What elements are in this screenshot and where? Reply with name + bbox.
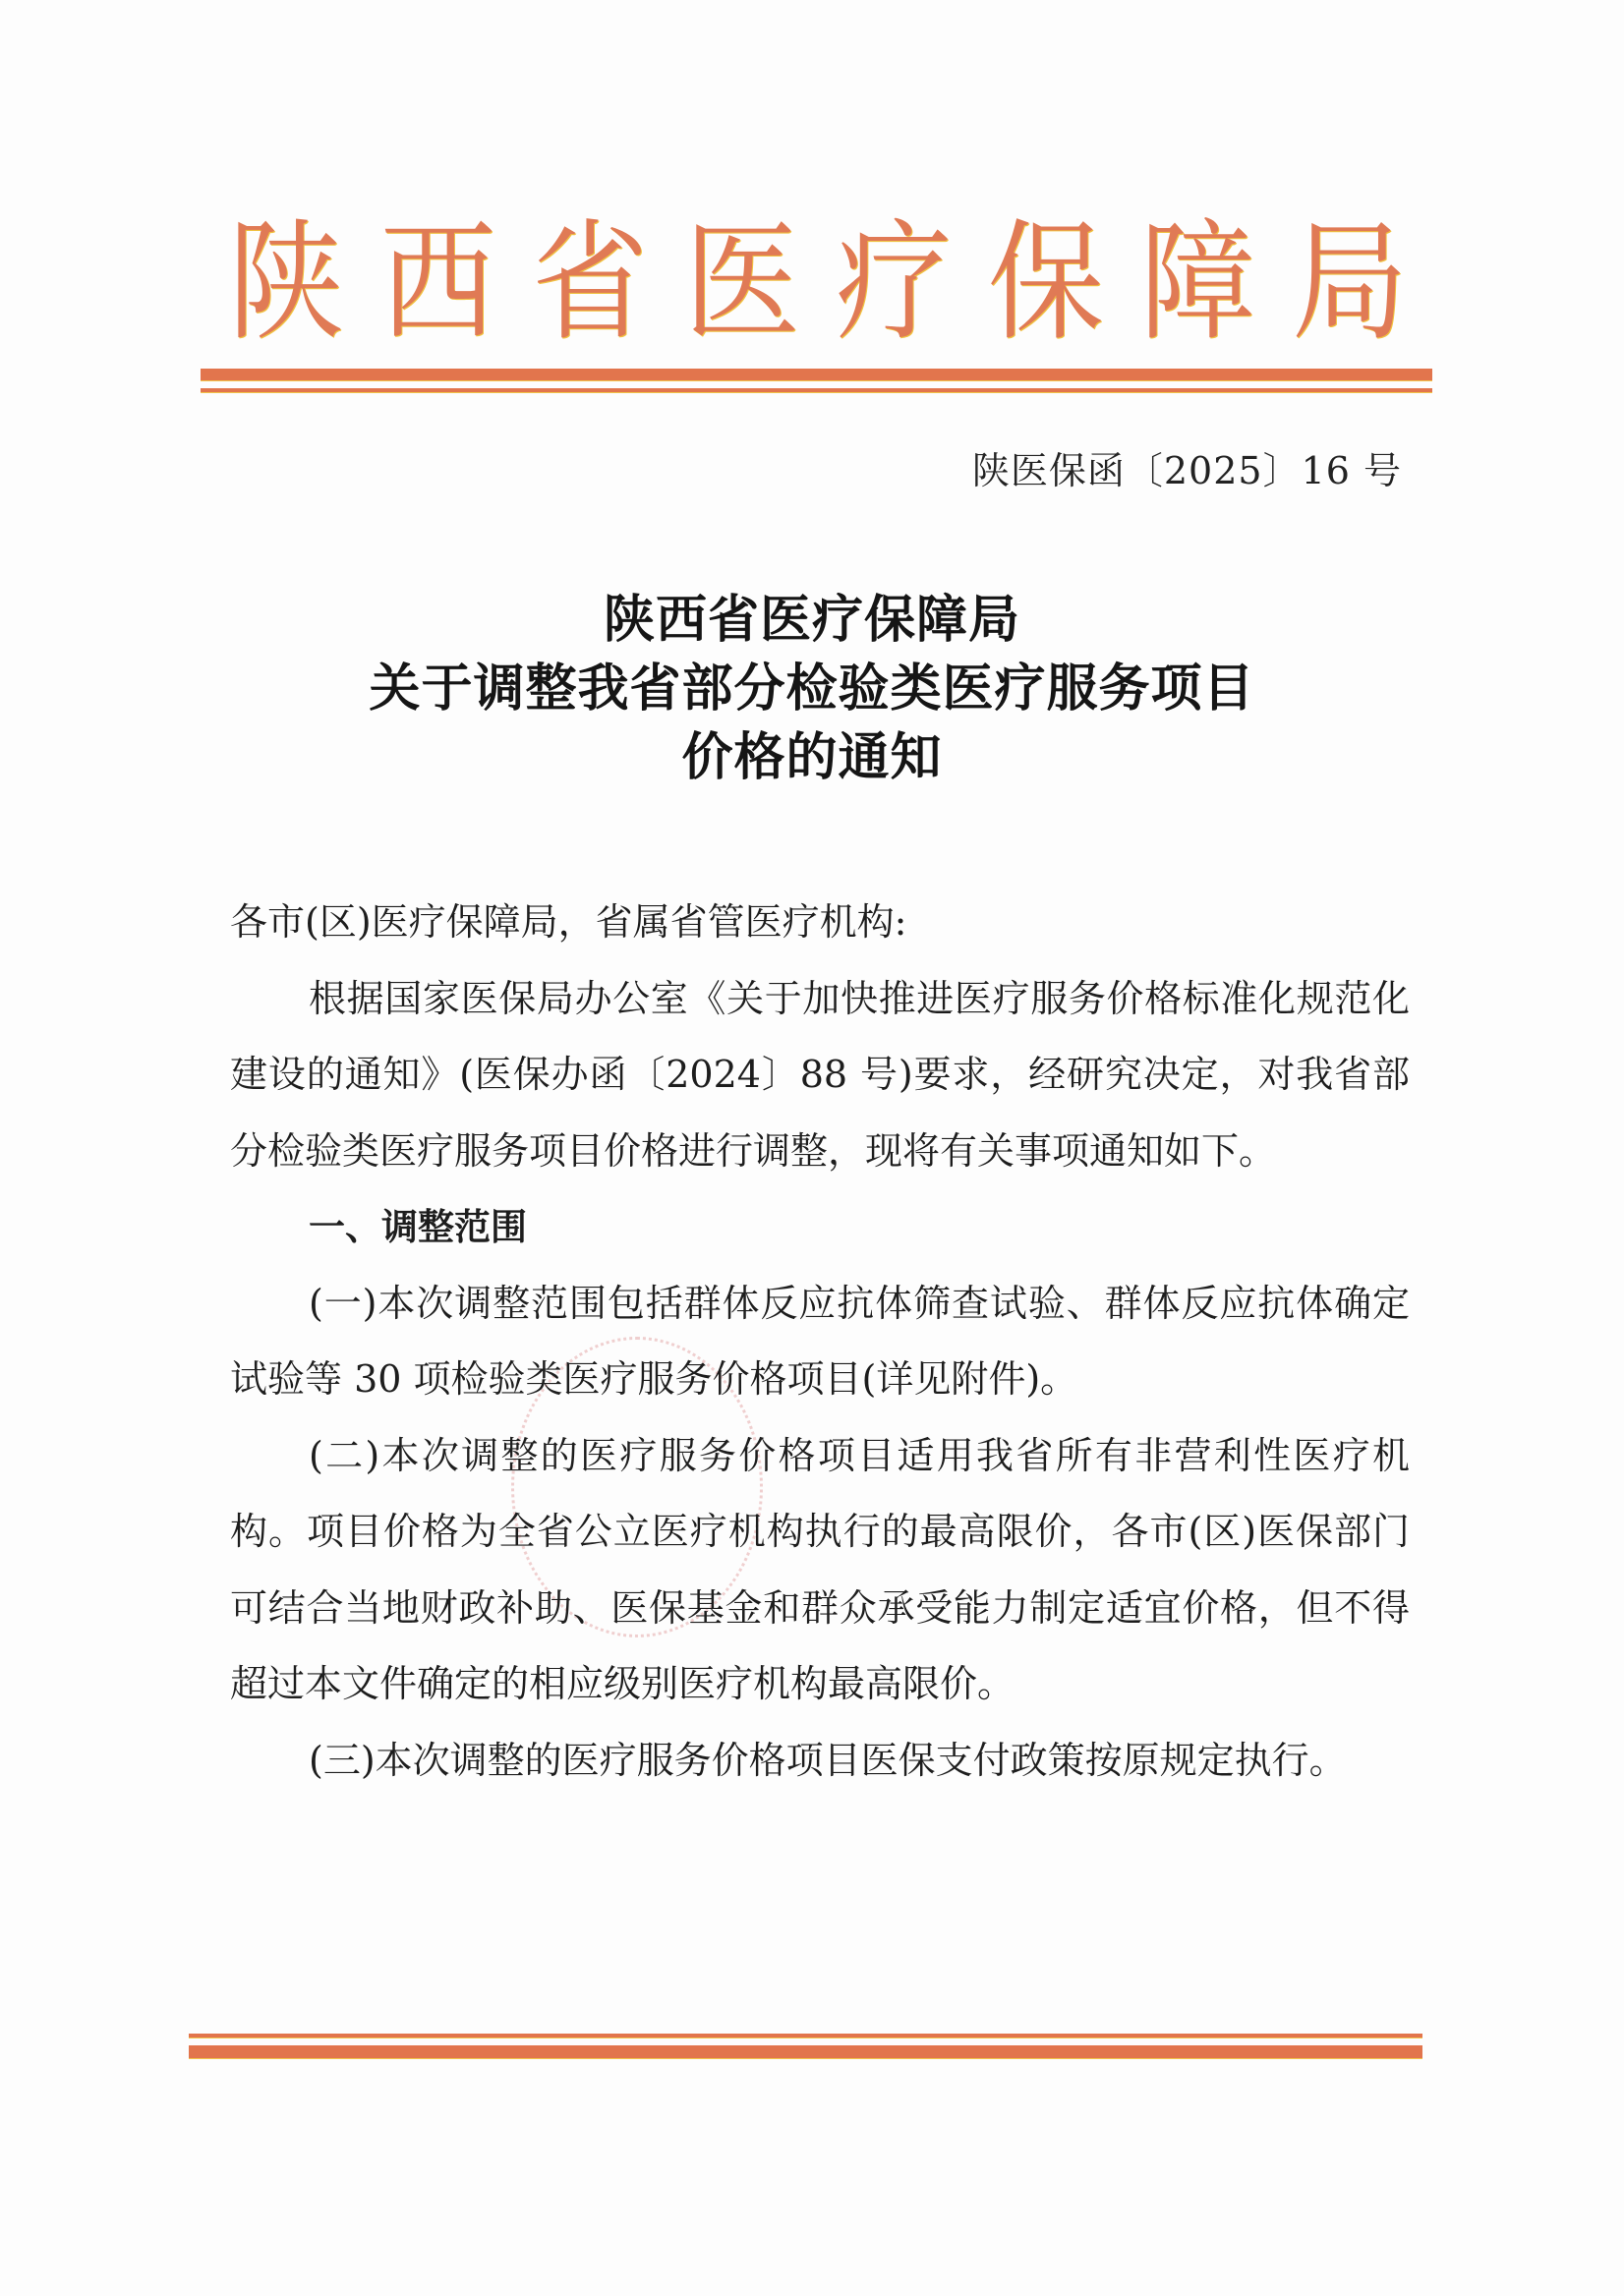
- masthead-char: 西: [380, 210, 496, 354]
- document-title: 陕西省医疗保障局 关于调整我省部分检验类医疗服务项目 价格的通知: [0, 586, 1624, 792]
- document-body: 各市(区)医疗保障局，省属省管医疗机构: 根据国家医保局办公室《关于加快推进医疗…: [230, 885, 1410, 1799]
- masthead-agency-name: 陕 西 省 医 疗 保 障 局: [228, 218, 1408, 346]
- salutation: 各市(区)医疗保障局，省属省管医疗机构:: [230, 885, 1410, 961]
- section-heading-scope: 一、调整范围: [230, 1189, 1410, 1266]
- masthead-char: 陕: [228, 210, 344, 354]
- document-number: 陕医保函〔2025〕16 号: [972, 440, 1402, 494]
- masthead-char: 障: [1139, 210, 1255, 354]
- masthead-char: 省: [532, 210, 648, 354]
- title-line-2: 关于调整我省部分检验类医疗服务项目: [0, 655, 1624, 723]
- scope-item-2: (二)本次调整的医疗服务价格项目适用我省所有非营利性医疗机构。项目价格为全省公立…: [230, 1418, 1410, 1723]
- title-line-1: 陕西省医疗保障局: [0, 586, 1624, 655]
- intro-paragraph: 根据国家医保局办公室《关于加快推进医疗服务价格标准化规范化建设的通知》(医保办函…: [230, 961, 1410, 1190]
- header-rule-thick: [201, 369, 1432, 380]
- masthead-char: 疗: [836, 210, 952, 354]
- header-rule-thin: [201, 388, 1432, 392]
- scope-item-1: (一)本次调整范围包括群体反应抗体筛查试验、群体反应抗体确定试验等 30 项检验…: [230, 1266, 1410, 1418]
- footer-rule-thick: [189, 2045, 1422, 2058]
- scope-item-3: (三)本次调整的医疗服务价格项目医保支付政策按原规定执行。: [230, 1723, 1410, 1800]
- footer-rule-thin: [189, 2034, 1422, 2038]
- title-line-3: 价格的通知: [0, 723, 1624, 792]
- masthead-char: 医: [684, 210, 800, 354]
- masthead-char: 保: [988, 210, 1104, 354]
- masthead-char: 局: [1292, 210, 1408, 354]
